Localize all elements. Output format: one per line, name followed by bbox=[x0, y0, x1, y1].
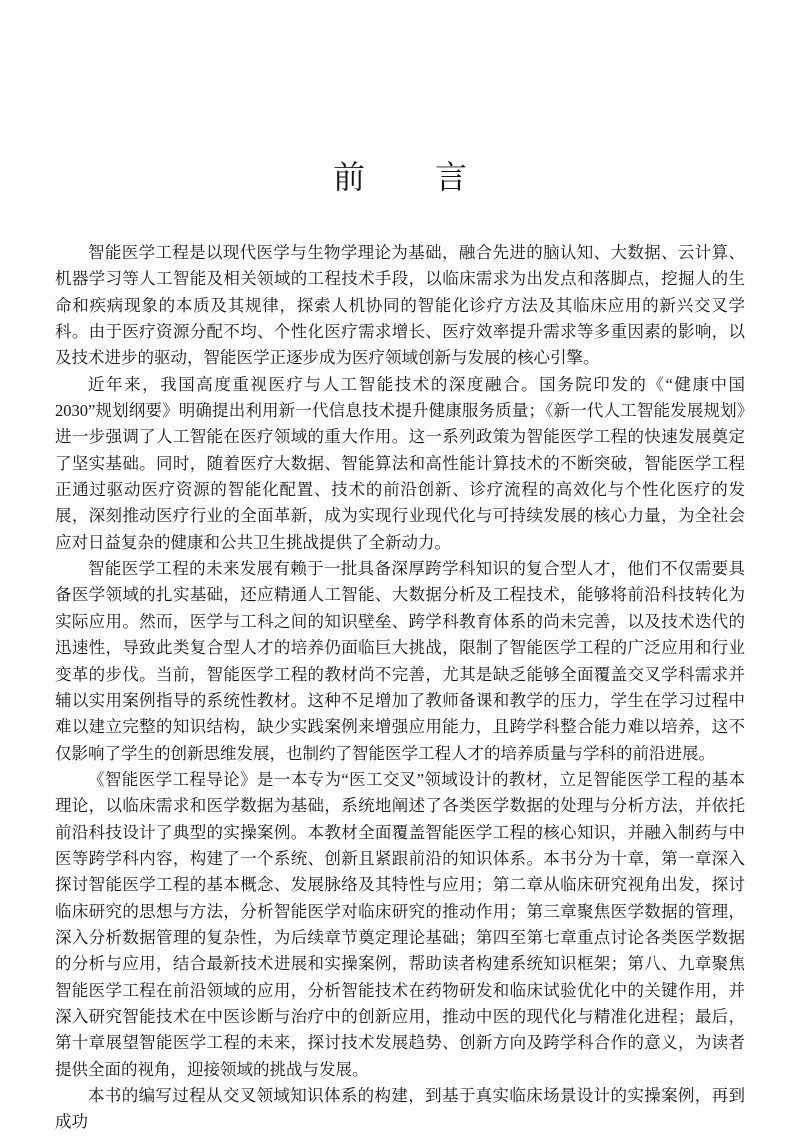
preface-body: 智能医学工程是以现代医学与生物学理论为基础，融合先进的脑认知、大数据、云计算、机… bbox=[55, 240, 745, 1136]
page-title-char-qian: 前 bbox=[333, 152, 365, 198]
paragraph-policy-background: 近年来，我国高度重视医疗与人工智能技术的深度融合。国务院印发的《“健康中国 20… bbox=[55, 372, 745, 556]
paragraph-intro-definition: 智能医学工程是以现代医学与生物学理论为基础，融合先进的脑认知、大数据、云计算、机… bbox=[55, 240, 745, 372]
paragraph-talent-challenges: 智能医学工程的未来发展有赖于一批具备深厚跨学科知识的复合型人才，他们不仅需要具备… bbox=[55, 556, 745, 767]
page-title-char-yan: 言 bbox=[435, 152, 467, 198]
paragraph-book-structure: 《智能医学工程导论》是一本专为“医工交叉”领域设计的教材，立足智能医学工程的基本… bbox=[55, 767, 745, 1083]
paragraph-writing-process: 本书的编写过程从交叉领域知识体系的构建，到基于真实临床场景设计的实操案例，再到成… bbox=[55, 1083, 745, 1136]
page-title: 前 言 bbox=[0, 152, 800, 198]
preface-page: 前 言 智能医学工程是以现代医学与生物学理论为基础，融合先进的脑认知、大数据、云… bbox=[0, 0, 800, 1146]
